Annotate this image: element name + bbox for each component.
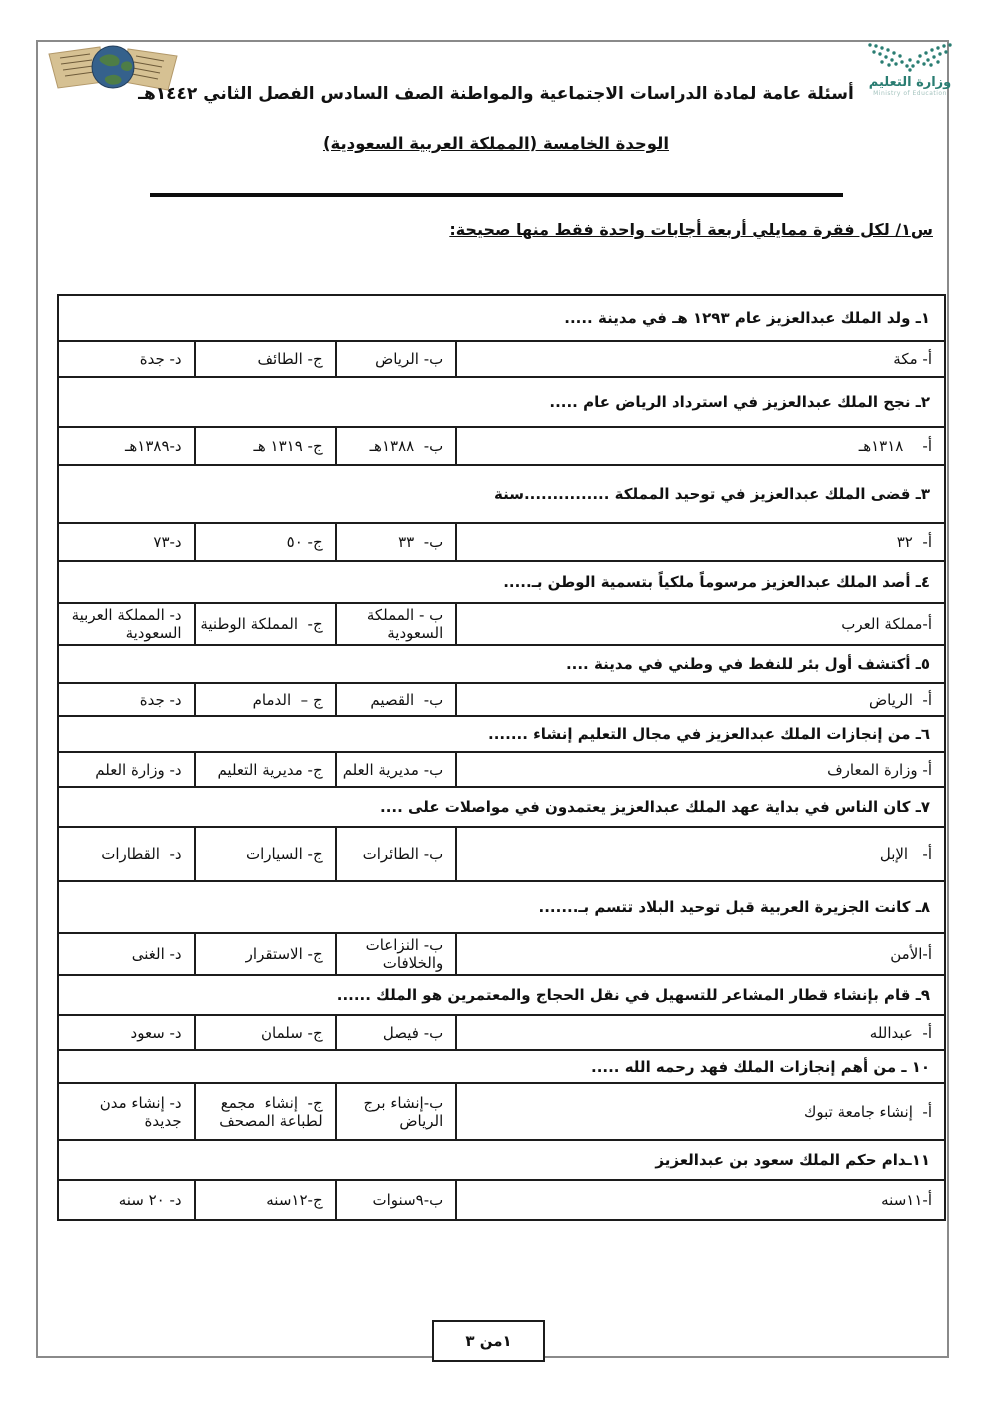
question-text: ٤ـ أصد الملك عبدالعزيز مرسوماً ملكياً بت… (58, 561, 945, 603)
answer-option: ب- الرياض (336, 341, 457, 377)
question-text: ٩ـ قام بإنشاء قطار المشاعر للتسهيل في نق… (58, 975, 945, 1015)
answer-option: ج- الاستقرار (195, 933, 336, 975)
answer-option: ج- ١٣١٩ هـ (195, 427, 336, 465)
answer-option: د-٧٣ (58, 523, 195, 561)
answer-option: د- جدة (58, 683, 195, 716)
ministry-logo-dots-icon (862, 40, 958, 72)
answer-option: ج-١٢سنه (195, 1180, 336, 1220)
answer-option: د- المملكة العربية السعودية (58, 603, 195, 645)
answer-option: د- إنشاء مدن جديدة (58, 1083, 195, 1140)
answer-row: أ-١١سنهب-٩سنواتج-١٢سنهد- ٢٠ سنه (58, 1180, 945, 1220)
answer-option: أ- الرياض (456, 683, 945, 716)
question-text: ١٠ ـ من أهم إنجازات الملك فهد رحمه الله … (58, 1050, 945, 1083)
exam-document-page: { "header": { "title_line1": "أسئلة عامة… (0, 0, 992, 1403)
question-text: ١١ـدام حكم الملك سعود بن عبدالعزيز (58, 1140, 945, 1180)
answer-option: ج- سلمان (195, 1015, 336, 1050)
answer-option: ب- القصيم (336, 683, 457, 716)
answer-option: د- الغنى (58, 933, 195, 975)
answer-option: د- جدة (58, 341, 195, 377)
answer-option: ج- ٥٠ (195, 523, 336, 561)
unit-title: الوحدة الخامسة (المملكة العربية السعودية… (60, 134, 932, 153)
page-number-text: ١من ٣ (465, 1332, 511, 1350)
answer-option: ج- المملكة الوطنية (195, 603, 336, 645)
answer-option: ب- الطائرات (336, 827, 457, 881)
answer-option: د- ٢٠ سنه (58, 1180, 195, 1220)
header-divider-line (150, 193, 843, 197)
question-text: ٢ـ نجح الملك عبدالعزيز في استرداد الرياض… (58, 377, 945, 427)
page-number-box: ١من ٣ (432, 1320, 545, 1362)
question-row: ٨ـ كانت الجزيرة العربية قبل توحيد البلاد… (58, 881, 945, 933)
answer-option: ب- فيصل (336, 1015, 457, 1050)
answer-option: ج- الطائف (195, 341, 336, 377)
questions-table: ١ـ ولد الملك عبدالعزيز عام ١٢٩٣ هـ في مد… (57, 294, 946, 1221)
answer-row: أ- وزارة المعارفب- مديرية العلمج- مديرية… (58, 752, 945, 787)
question-text: ٨ـ كانت الجزيرة العربية قبل توحيد البلاد… (58, 881, 945, 933)
question-text: ٦ـ من إنجازات الملك عبدالعزيز في مجال ال… (58, 716, 945, 752)
question-text: ٣ـ قضى الملك عبدالعزيز في توحيد المملكة … (58, 465, 945, 523)
answer-row: أ- ١٣١٨هـب- ١٣٨٨هـج- ١٣١٩ هـد-١٣٨٩هـ (58, 427, 945, 465)
answer-option: ب- النزاعات والخلافات (336, 933, 457, 975)
question-row: ٢ـ نجح الملك عبدالعزيز في استرداد الرياض… (58, 377, 945, 427)
answer-option: أ- الإبل (456, 827, 945, 881)
answer-option: ب - المملكة السعودية (336, 603, 457, 645)
answer-option: أ- إنشاء جامعة تبوك (456, 1083, 945, 1140)
question-row: ٣ـ قضى الملك عبدالعزيز في توحيد المملكة … (58, 465, 945, 523)
answer-option: أ- وزارة المعارف (456, 752, 945, 787)
answer-row: أ- مكةب- الرياضج- الطائفد- جدة (58, 341, 945, 377)
answer-option: ب- ١٣٨٨هـ (336, 427, 457, 465)
answer-option: ب- ٣٣ (336, 523, 457, 561)
question-text: ١ـ ولد الملك عبدالعزيز عام ١٢٩٣ هـ في مد… (58, 295, 945, 341)
answer-row: أ-الأمنب- النزاعات والخلافاتج- الاستقرار… (58, 933, 945, 975)
question-row: ٧ـ كان الناس في بداية عهد الملك عبدالعزي… (58, 787, 945, 827)
question-row: ١ـ ولد الملك عبدالعزيز عام ١٢٩٣ هـ في مد… (58, 295, 945, 341)
question-text: ٥ـ أكتشف أول بئر للنفط في وطني في مدينة … (58, 645, 945, 683)
answer-option: ج- إنشاء مجمع لطباعة المصحف (195, 1083, 336, 1140)
answer-option: د-١٣٨٩هـ (58, 427, 195, 465)
question-text: ٧ـ كان الناس في بداية عهد الملك عبدالعزي… (58, 787, 945, 827)
answer-row: أ- الرياضب- القصيمج – الدمامد- جدة (58, 683, 945, 716)
answer-option: أ- مكة (456, 341, 945, 377)
answer-option: أ- ٣٢ (456, 523, 945, 561)
answer-option: ب- مديرية العلم (336, 752, 457, 787)
question-row: ٩ـ قام بإنشاء قطار المشاعر للتسهيل في نق… (58, 975, 945, 1015)
answer-option: أ-مملكة العرب (456, 603, 945, 645)
answer-option: ب-إنشاء برج الرياض (336, 1083, 457, 1140)
question-row: ٤ـ أصد الملك عبدالعزيز مرسوماً ملكياً بت… (58, 561, 945, 603)
answer-option: د- وزارة العلم (58, 752, 195, 787)
question-row: ١٠ ـ من أهم إنجازات الملك فهد رحمه الله … (58, 1050, 945, 1083)
answer-option: ج- مديرية التعليم (195, 752, 336, 787)
question-row: ٥ـ أكتشف أول بئر للنفط في وطني في مدينة … (58, 645, 945, 683)
answer-option: د- سعود (58, 1015, 195, 1050)
answer-option: ج- السيارات (195, 827, 336, 881)
answer-option: أ-الأمن (456, 933, 945, 975)
answer-option: أ- ١٣١٨هـ (456, 427, 945, 465)
answer-row: أ- إنشاء جامعة تبوكب-إنشاء برج الرياضج- … (58, 1083, 945, 1140)
question-row: ١١ـدام حكم الملك سعود بن عبدالعزيز (58, 1140, 945, 1180)
answer-option: ج – الدمام (195, 683, 336, 716)
answer-option: د- القطارات (58, 827, 195, 881)
answer-option: أ- عبدالله (456, 1015, 945, 1050)
answer-row: أ- الإبلب- الطائراتج- السياراتد- القطارا… (58, 827, 945, 881)
answer-row: أ-مملكة العربب - المملكة السعوديةج- المم… (58, 603, 945, 645)
question-one-instruction: س١/ لكل فقرة ممايلي أربعة أجابات واحدة ف… (60, 220, 933, 239)
answer-option: أ-١١سنه (456, 1180, 945, 1220)
answer-row: أ- ٣٢ب- ٣٣ج- ٥٠د-٧٣ (58, 523, 945, 561)
document-title: أسئلة عامة لمادة الدراسات الاجتماعية وال… (60, 84, 932, 104)
question-row: ٦ـ من إنجازات الملك عبدالعزيز في مجال ال… (58, 716, 945, 752)
answer-option: ب-٩سنوات (336, 1180, 457, 1220)
answer-row: أ- عبداللهب- فيصلج- سلماند- سعود (58, 1015, 945, 1050)
